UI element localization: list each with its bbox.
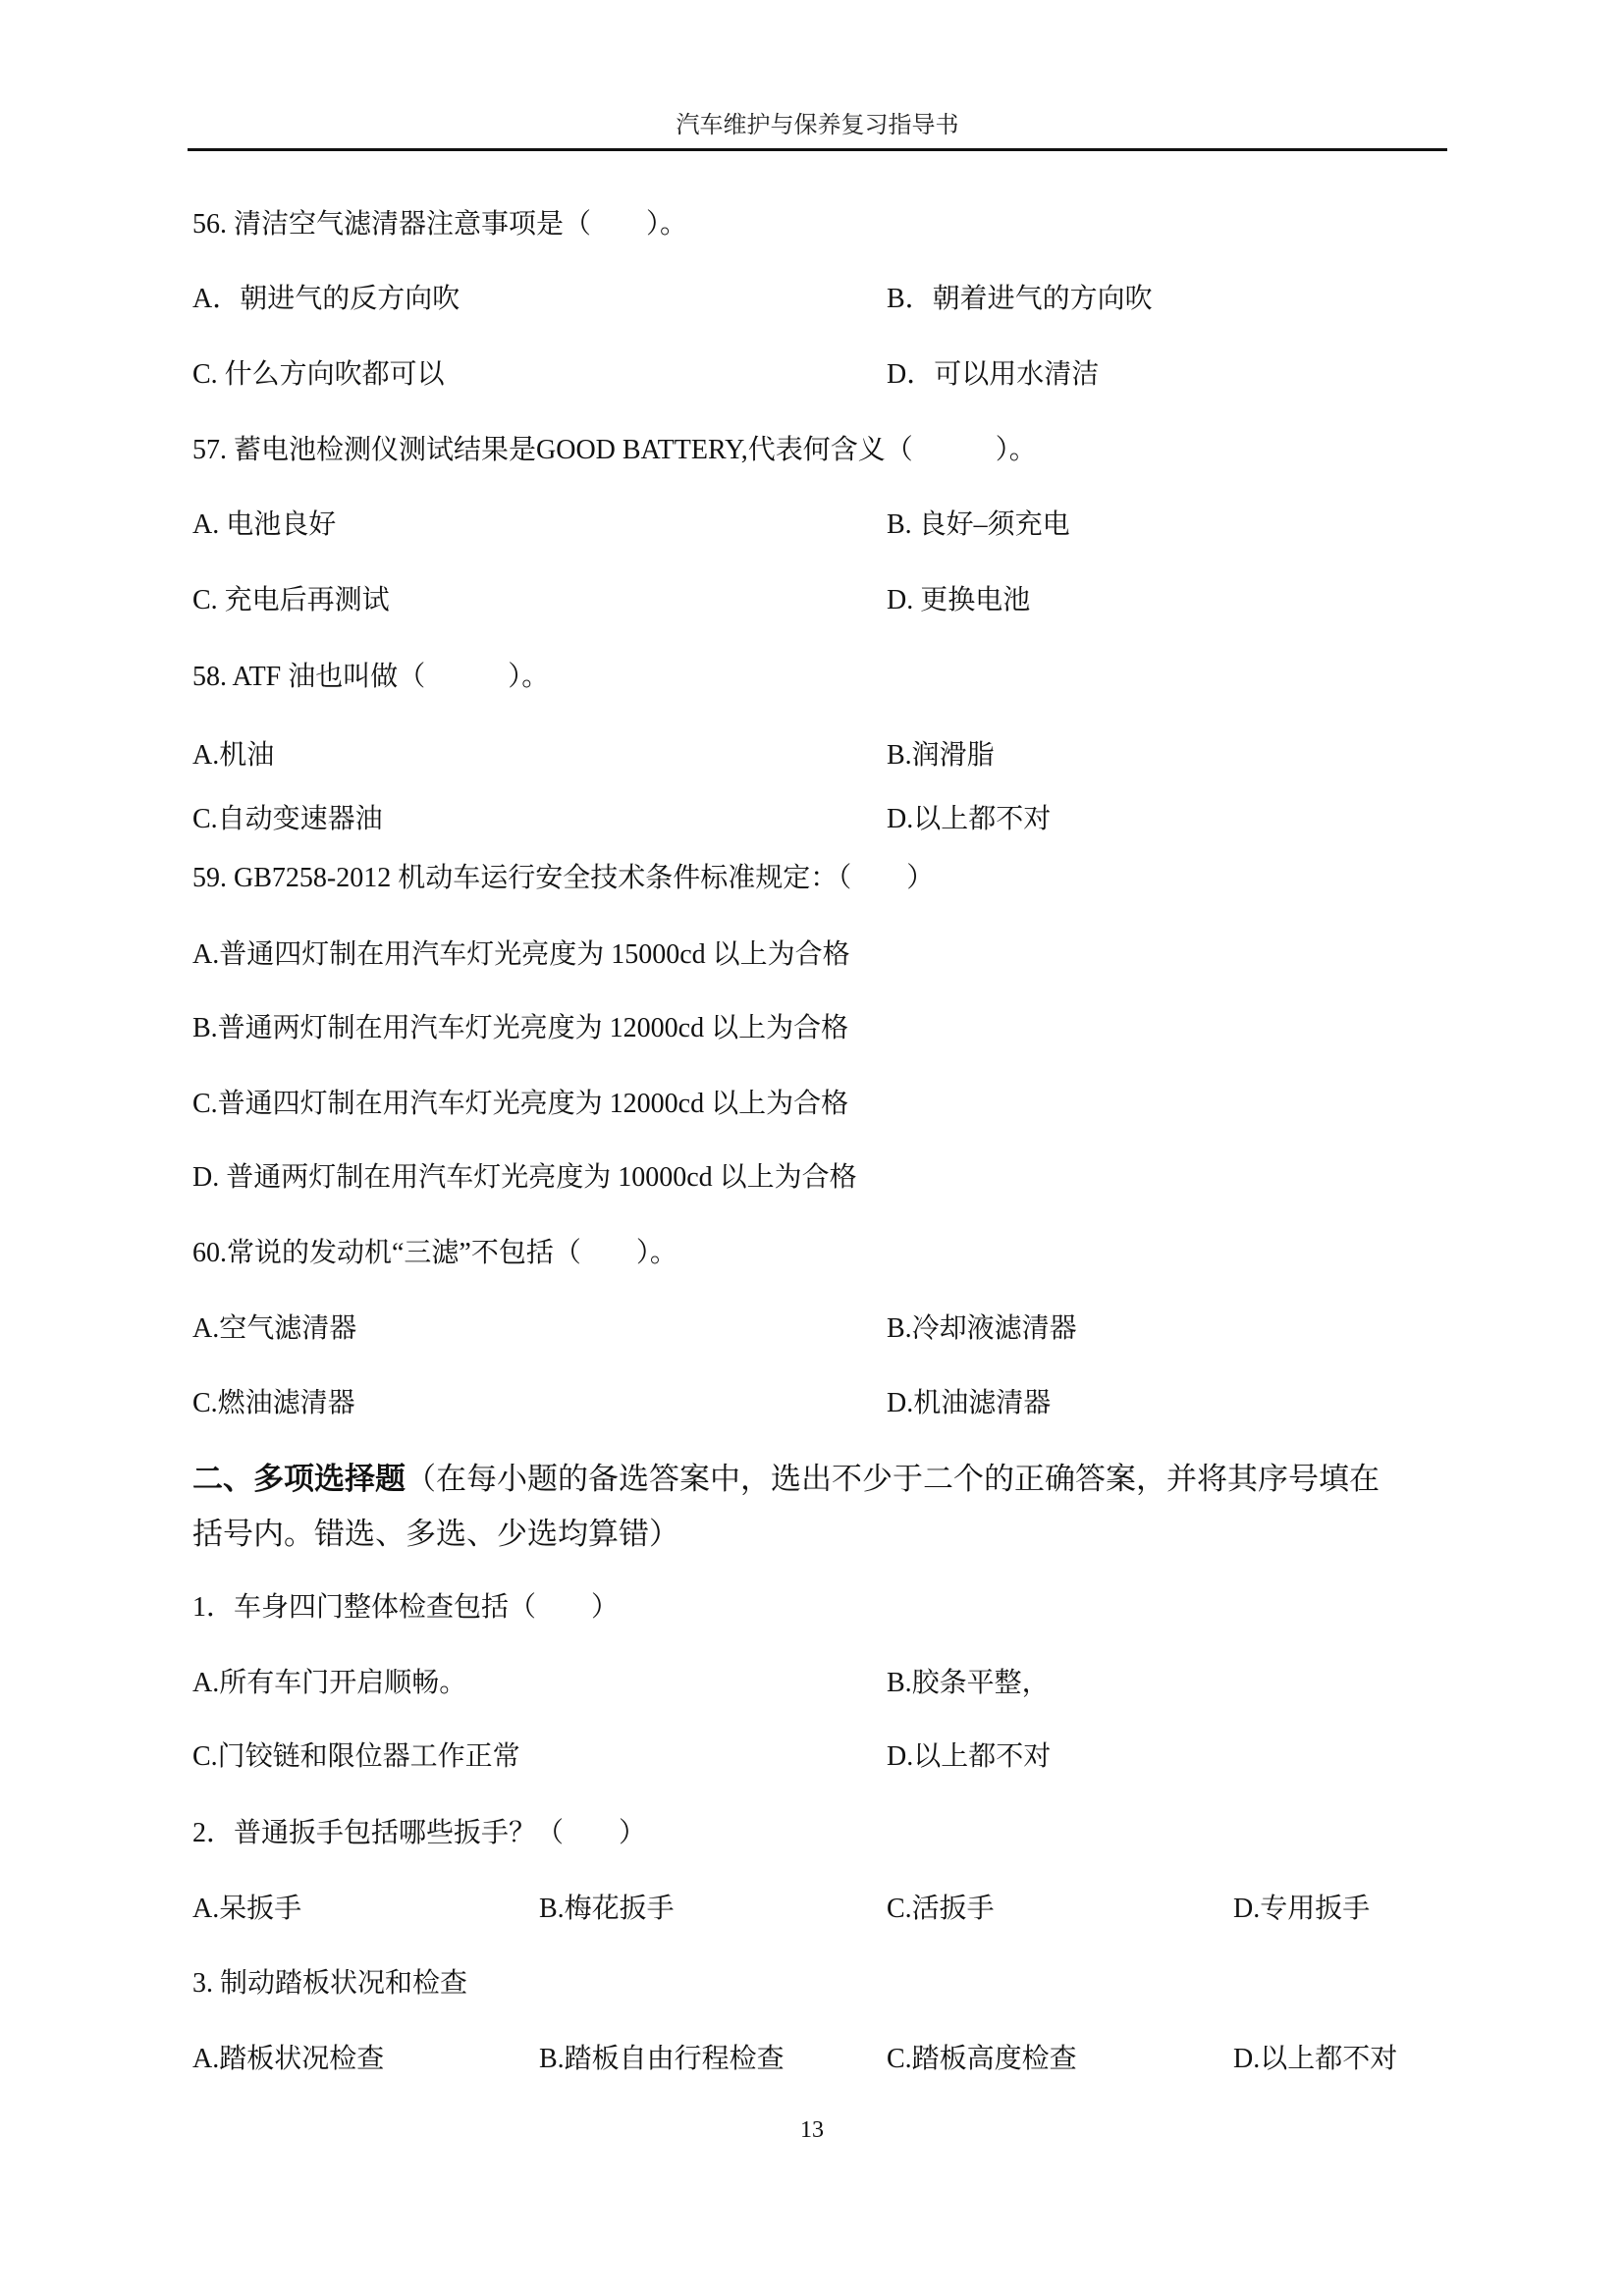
question-57-stem: 57. 蓄电池检测仪测试结果是GOOD BATTERY,代表何含义（ ）。: [192, 433, 1037, 468]
question-60-option-b: B.冷却液滤清器: [887, 1311, 1077, 1347]
section-2-heading: 二、多项选择题（在每小题的备选答案中，选出不少于二个的正确答案，并将其序号填在 …: [192, 1452, 1459, 1562]
multi-question-3-option-d: D.以上都不对: [1233, 2042, 1397, 2077]
header-divider: [188, 148, 1447, 151]
section-2-title: 二、多项选择题: [192, 1462, 406, 1496]
multi-question-3-stem: 3. 制动踏板状况和检查: [192, 1966, 467, 2002]
question-57-option-c: C. 充电后再测试: [192, 583, 390, 618]
multi-question-3-option-a: A.踏板状况检查: [192, 2042, 384, 2077]
question-60-option-a: A.空气滤清器: [192, 1311, 356, 1347]
multi-question-2-option-c: C.活扳手: [887, 1892, 995, 1927]
question-59-option-b: B.普通两灯制在用汽车灯光亮度为 12000cd 以上为合格: [192, 1011, 848, 1046]
question-60-option-d: D.机油滤清器: [887, 1386, 1051, 1421]
question-57-option-b: B. 良好–须充电: [887, 507, 1070, 543]
running-header: 汽车维护与保养复习指导书: [188, 110, 1447, 141]
section-2-instructions-line2: 括号内。错选、多选、少选均算错）: [192, 1517, 679, 1551]
question-58-stem: 58. ATF 油也叫做（ ）。: [192, 660, 549, 695]
question-56-option-b: B．朝着进气的方向吹: [887, 282, 1153, 317]
multi-question-1-option-c: C.门铰链和限位器工作正常: [192, 1739, 520, 1775]
multi-question-3-option-b: B.踏板自由行程检查: [539, 2042, 785, 2077]
question-59-stem: 59. GB7258-2012 机动车运行安全技术条件标准规定：（ ）: [192, 861, 934, 896]
multi-question-2-option-a: A.呆扳手: [192, 1892, 301, 1927]
question-56-option-d: D．可以用水清洁: [887, 357, 1099, 393]
multi-question-1-stem: 1．车身四门整体检查包括（ ）: [192, 1590, 619, 1626]
section-2-instructions: （在每小题的备选答案中，选出不少于二个的正确答案，并将其序号填在: [406, 1462, 1380, 1496]
multi-question-2-option-b: B.梅花扳手: [539, 1892, 675, 1927]
question-59-option-c: C.普通四灯制在用汽车灯光亮度为 12000cd 以上为合格: [192, 1087, 848, 1122]
question-60-option-c: C.燃油滤清器: [192, 1386, 355, 1421]
question-58-option-c: C.自动变速器油: [192, 802, 383, 837]
question-58-option-b: B.润滑脂: [887, 738, 995, 774]
question-58-option-d: D.以上都不对: [887, 802, 1051, 837]
question-59-option-a: A.普通四灯制在用汽车灯光亮度为 15000cd 以上为合格: [192, 937, 850, 973]
multi-question-1-option-d: D.以上都不对: [887, 1739, 1051, 1775]
question-56-stem: 56. 清洁空气滤清器注意事项是（ ）。: [192, 207, 687, 242]
question-59-option-d: D. 普通两灯制在用汽车灯光亮度为 10000cd 以上为合格: [192, 1160, 857, 1196]
multi-question-2-option-d: D.专用扳手: [1233, 1892, 1370, 1927]
multi-question-1-option-a: A.所有车门开启顺畅。: [192, 1666, 466, 1701]
question-56-option-c: C. 什么方向吹都可以: [192, 357, 445, 393]
multi-question-1-option-b: B.胶条平整，: [887, 1666, 1050, 1701]
question-57-option-a: A. 电池良好: [192, 507, 336, 543]
question-57-option-d: D. 更换电池: [887, 583, 1030, 618]
question-56-option-a: A．朝进气的反方向吹: [192, 282, 460, 317]
multi-question-2-stem: 2．普通扳手包括哪些扳手？（ ）: [192, 1816, 646, 1851]
question-60-stem: 60.常说的发动机“三滤”不包括（ ）。: [192, 1236, 677, 1271]
question-58-option-a: A.机油: [192, 738, 274, 774]
multi-question-3-option-c: C.踏板高度检查: [887, 2042, 1077, 2077]
page-number: 13: [0, 2115, 1624, 2145]
